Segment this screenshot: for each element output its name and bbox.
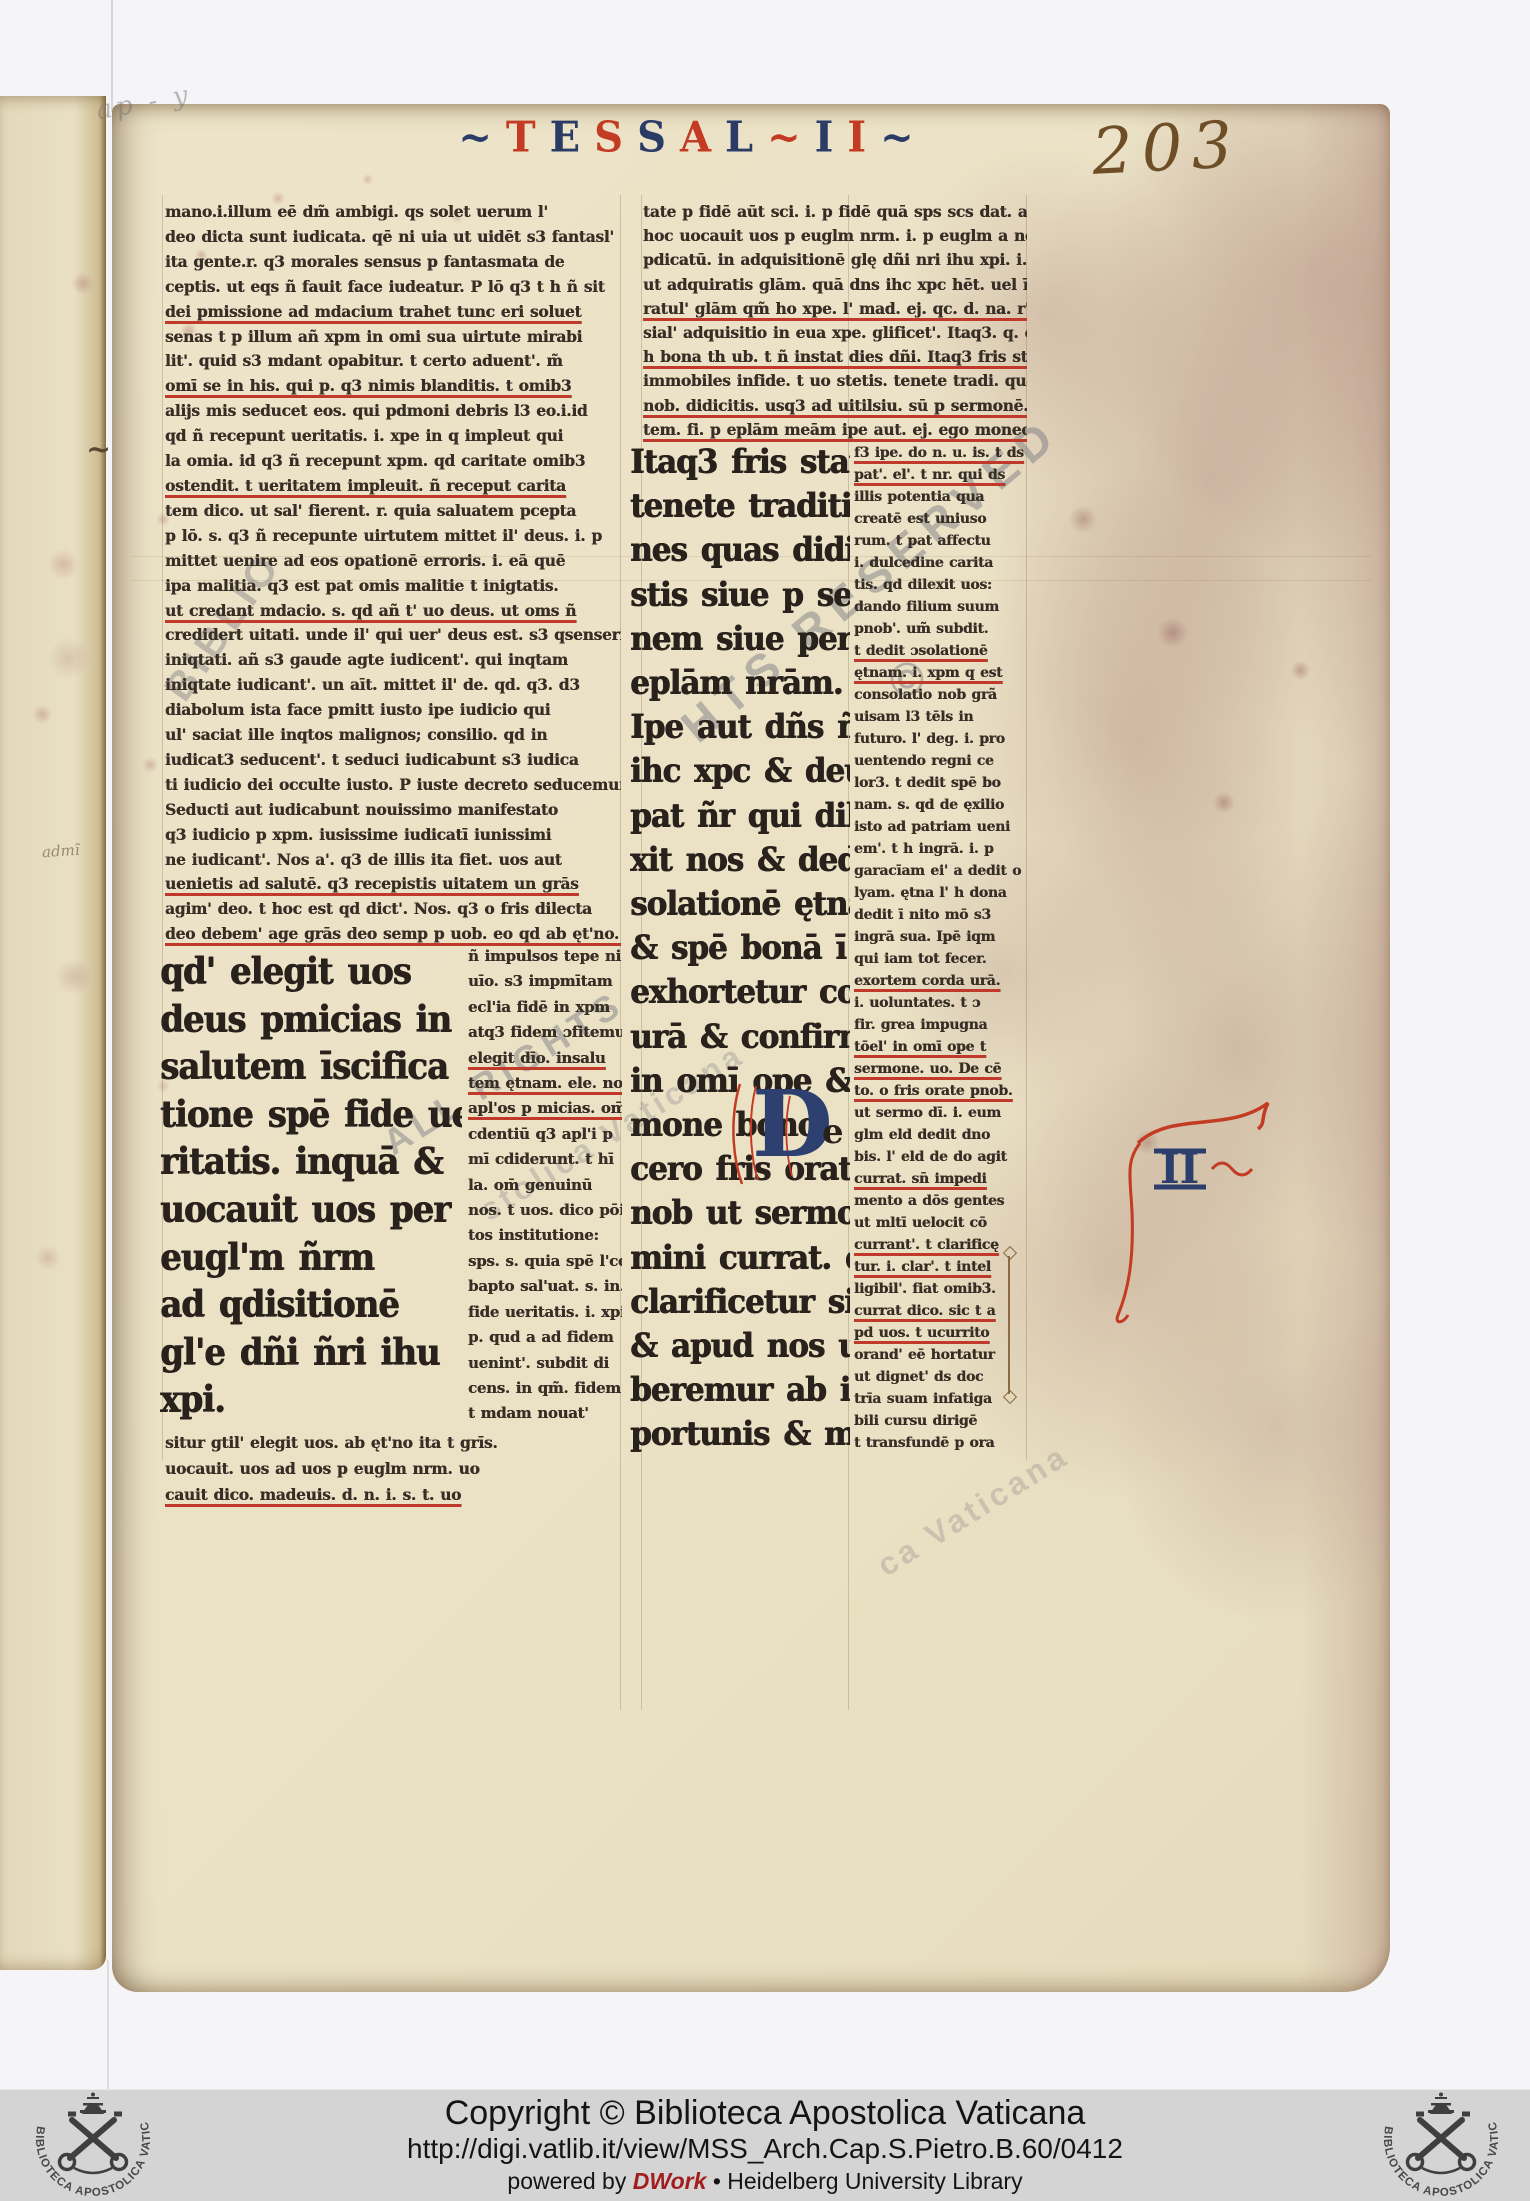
- text-line: mī cdiderunt. t hī: [468, 1147, 622, 1172]
- text-line: uenietis ad salutē. q3 recepistis uitate…: [165, 872, 621, 897]
- text-line: tate p fidē aūt sci. i. p fidē quā sps s…: [643, 200, 1027, 224]
- text-line: f3 ipe. do n. u. is. t ds: [854, 442, 1032, 464]
- running-title-letter: A: [680, 113, 713, 162]
- gutter-line-bottom: [107, 1960, 109, 2090]
- text-line: mittet uenire ad eos opationē erroris. i…: [165, 549, 621, 574]
- footer-copyright: Copyright © Biblioteca Apostolica Vatica…: [185, 2094, 1345, 2132]
- text-line: ut dignet' ds doc: [854, 1366, 1032, 1388]
- text-line: solationē ętnam: [630, 881, 850, 928]
- running-title-letter: I: [815, 113, 836, 162]
- text-line: uocauit uos per: [160, 1186, 462, 1236]
- text-line: dando filium suum: [854, 596, 1032, 618]
- text-line: lor3. t dedit spē bo: [854, 772, 1032, 794]
- gloss-block-right-column: f3 ipe. do n. u. is. t dspat'. el'. t nr…: [854, 442, 1032, 1458]
- text-line: exortem corda urā.: [854, 970, 1032, 992]
- text-line: xpi.: [160, 1376, 462, 1426]
- text-line: ętnam. i. xpm q est: [854, 662, 1032, 684]
- text-line: qd ñ recepunt ueritatis. i. xpe in q imp…: [165, 424, 621, 449]
- running-title-letter: L: [725, 113, 755, 162]
- text-line: iudicat3 seducent'. t seduci iudicabunt …: [165, 748, 621, 773]
- vatican-library-logo-right: BIBLIOTECA APOSTOLICA VATICANA: [1356, 2092, 1526, 2201]
- text-line: & spē bonā ī grā: [630, 925, 850, 972]
- viewer-footer: BIBLIOTECA APOSTOLICA VATICANA: [0, 2089, 1530, 2201]
- text-line: p. qud a ad fidem: [468, 1325, 622, 1350]
- text-line: currat dico. sic t a: [854, 1300, 1032, 1322]
- text-line: uīo. s3 impmītam: [468, 969, 622, 994]
- text-line: rum. t pat affectu: [854, 530, 1032, 552]
- text-line: qui iam tot fecer.: [854, 948, 1032, 970]
- bible-text-middle-column: Itaq3 fris state &tenete traditiones qua…: [630, 440, 850, 1462]
- text-line: ñ impulsos tepe ni: [468, 944, 622, 969]
- text-line: ligibil'. fiat omib3.: [854, 1278, 1032, 1300]
- text-line: currat. sn̄ impedi: [854, 1168, 1032, 1190]
- text-line: la omia. id q3 ñ recepunt xpm. qd carita…: [165, 449, 621, 474]
- text-line: uocauit. uos ad uos p euglm nrm. uo: [165, 1456, 730, 1482]
- text-line: elegit dīo. insalu: [468, 1046, 622, 1071]
- vatican-library-logo-left: BIBLIOTECA APOSTOLICA VATICANA: [8, 2092, 178, 2201]
- text-line: ne iudicant'. Nos a'. q3 de illis ita fi…: [165, 848, 621, 873]
- text-line: nam. s. qd de ęxilio: [854, 794, 1032, 816]
- text-line: ut adquiratis glām. quā dns ihc xpc hēt.…: [643, 273, 1027, 297]
- text-line: uentendo regni ce: [854, 750, 1032, 772]
- text-line: nes quas didici: [630, 527, 850, 574]
- margin-tilde-mark: ~: [86, 432, 109, 467]
- text-line: tem ętnam. ele. nos.: [468, 1071, 622, 1096]
- chapter-mark-paraph: II: [1110, 1089, 1290, 1343]
- text-line: exhortetur corda: [630, 969, 850, 1016]
- text-line: isto ad patriam ueni: [854, 816, 1032, 838]
- text-line: ritatis. inquā &: [160, 1138, 462, 1188]
- text-line: & apud nos ut li: [630, 1323, 850, 1370]
- text-line: bapto sal'uat. s. in.: [468, 1274, 622, 1299]
- running-title-letter: ~: [880, 113, 916, 162]
- text-line: sermone. uo. De cē: [854, 1058, 1032, 1080]
- text-line: alijs mis seducet eos. qui pdmoni debris…: [165, 399, 621, 424]
- text-line: la. om̄ genuinū: [468, 1173, 622, 1198]
- text-line: t mdam nouat': [468, 1401, 622, 1426]
- text-line: ihc xpc & deus &: [630, 748, 850, 795]
- text-line: p lō. s. q3 ñ recepunte uirtutem mittet …: [165, 524, 621, 549]
- text-line: ad qdisitionē: [160, 1281, 462, 1331]
- text-line: pdicatū. in adquisitionē glę dñi nri ihu…: [643, 248, 1027, 272]
- initial-letter: D: [752, 1070, 832, 1178]
- text-line: nob ut sermo do: [630, 1190, 850, 1237]
- initial-following-letter: e: [822, 1112, 844, 1152]
- text-line: tis. qd dilexit uos:: [854, 574, 1032, 596]
- text-line: fide ueritatis. i. xpi: [468, 1300, 622, 1325]
- text-line: pd uos. t ucurrito: [854, 1322, 1032, 1344]
- pencil-annotation: ap - y: [94, 80, 194, 126]
- text-line: ipa malitia. q3 est pat omis malitie t i…: [165, 574, 621, 599]
- text-line: ceptis. ut eqs ñ fauit face iudeatur. P …: [165, 275, 621, 300]
- text-line: tōel' in omī ope t: [854, 1036, 1032, 1058]
- text-line: uisam l3 tēls in: [854, 706, 1032, 728]
- text-line: to. o fris orate pnob.: [854, 1080, 1032, 1102]
- text-line: Ipe aut dñs ñr: [630, 704, 850, 751]
- gloss-block-top-left: mano.i.illum eē dm̃ ambigi. qs solet uer…: [165, 200, 621, 952]
- text-line: mano.i.illum eē dm̃ ambigi. qs solet uer…: [165, 200, 621, 225]
- text-line: ecl'ia fidē in xpm: [468, 995, 622, 1020]
- bible-text-left-column: qd' elegit uosdeus pmicias insalutem īsc…: [160, 949, 462, 1429]
- running-title-letter: T: [506, 113, 538, 162]
- text-line: glm eld dedit dno: [854, 1124, 1032, 1146]
- text-line: clarificetur sicut: [630, 1279, 850, 1326]
- text-line: nob. didicitis. usq3 ad uitilsiu. sū p s…: [643, 394, 1027, 418]
- text-line: eugl'm ñrm: [160, 1233, 462, 1283]
- folio-number: 203: [1090, 108, 1243, 190]
- text-line: ratul' glām qm̃ ho xpe. l' mad. ej. qc. …: [643, 297, 1027, 321]
- text-line: iniqtati. añ s3 gaude agte iudicent'. qu…: [165, 648, 621, 673]
- text-line: nem siue per: [630, 615, 850, 662]
- text-line: pnob'. um̃ subdit.: [854, 618, 1032, 640]
- footer-text: Copyright © Biblioteca Apostolica Vatica…: [185, 2094, 1345, 2196]
- crossed-keys-icon: [1408, 2114, 1475, 2173]
- powered-suffix: Heidelberg University Library: [727, 2168, 1022, 2194]
- text-line: deus pmicias in: [160, 995, 462, 1045]
- text-line: eplām nrām.: [630, 660, 850, 707]
- text-line: ingrā sua. Ipē iqm: [854, 926, 1032, 948]
- text-line: ostendit. t ueritatem impleuit. ñ recepu…: [165, 474, 621, 499]
- chapter-number: II: [1160, 1144, 1199, 1193]
- text-line: tur. i. clar'. t intel: [854, 1256, 1032, 1278]
- text-line: ut credant mdacio. s. qd añ t' uo deus. …: [165, 599, 621, 624]
- text-line: apl'os p micias. om̄: [468, 1096, 622, 1121]
- text-line: bis. l' eld de do agit: [854, 1146, 1032, 1168]
- text-line: dei pmissione ad mdacium trahet tunc eri…: [165, 300, 621, 325]
- text-line: ul' saciat ille inqtos malignos; consili…: [165, 723, 621, 748]
- text-line: nos. t uos. dico pōi: [468, 1198, 622, 1223]
- text-line: agim' deo. t hoc est qd dict'. Nos. q3 o…: [165, 897, 621, 922]
- watermark-vaticana-bottom: ca Vaticana: [871, 1437, 1076, 1584]
- text-line: i. dulcedine carita: [854, 552, 1032, 574]
- text-line: q3 iudicio p xpm. iusissime iudicatī iun…: [165, 823, 621, 848]
- dwork-brand: DWork: [633, 2168, 707, 2194]
- text-line: tenete traditio: [630, 483, 850, 530]
- text-line: hoc uocauit uos p euglm nrm. i. p euglm …: [643, 224, 1027, 248]
- text-line: urā & confirmet: [630, 1013, 850, 1060]
- running-title-letter: S: [637, 113, 668, 162]
- text-line: illis potentia qua: [854, 486, 1032, 508]
- text-line: mento a dōs gentes: [854, 1190, 1032, 1212]
- text-line: tem dico. ut sal' fierent. r. quia salua…: [165, 499, 621, 524]
- text-line: consolatio nob grã: [854, 684, 1032, 706]
- running-title-letter: S: [594, 113, 625, 162]
- text-line: uenint'. subdit di: [468, 1351, 622, 1376]
- text-line: fir. grea impugna: [854, 1014, 1032, 1036]
- text-line: senas t p illum añ xpm in omi sua uirtut…: [165, 325, 621, 350]
- text-line: iniqtate iudicant'. un aīt. mittet il' d…: [165, 673, 621, 698]
- manuscript-page: HTS RESERVED © BIBLIO ALL RIGHTS stolica…: [112, 104, 1390, 1992]
- text-line: tos institutione:: [468, 1223, 622, 1248]
- powered-separator: •: [706, 2168, 727, 2194]
- text-line: lit'. quid s3 mdant opabitur. t certo ad…: [165, 349, 621, 374]
- powered-prefix: powered by: [507, 2168, 632, 2194]
- gloss-block-middle-column: ñ impulsos tepe niuīo. s3 impmītamecl'ia…: [468, 944, 622, 1430]
- text-line: pat'. el'. t nr. qui ds: [854, 464, 1032, 486]
- text-line: dedit ī nito mō s3: [854, 904, 1032, 926]
- text-line: pat ñr qui dile: [630, 792, 850, 839]
- gloss-block-top-right: tate p fidē aūt sci. i. p fidē quā sps s…: [643, 200, 1027, 446]
- text-line: ut sermo dī. i. eum: [854, 1102, 1032, 1124]
- running-title-letter: E: [550, 113, 583, 162]
- text-line: situr gtil' elegit uos. ab ęt'no ita t g…: [165, 1430, 730, 1456]
- footer-url: http://digi.vatlib.it/view/MSS_Arch.Cap.…: [185, 2132, 1345, 2166]
- running-title-letter: ~: [458, 113, 494, 162]
- text-line: omī se in his. qui p. q3 nimis blanditis…: [165, 374, 621, 399]
- text-line: mini currat. et: [630, 1234, 850, 1281]
- text-line: i. uoluntates. t ɔ: [854, 992, 1032, 1014]
- text-line: em'. t h ingrā. i. p: [854, 838, 1032, 860]
- text-line: t dedit ɔsolationē: [854, 640, 1032, 662]
- margin-annotation: admĩ: [41, 841, 80, 862]
- text-line: sial' adquisitio in eua xpe. glificet'. …: [643, 321, 1027, 345]
- gloss-block-bottom: situr gtil' elegit uos. ab ęt'no ita t g…: [165, 1430, 730, 1510]
- text-line: cens. in qm̃. fidem: [468, 1376, 622, 1401]
- text-line: immobiles infide. t uo stetis. tenete tr…: [643, 369, 1027, 393]
- papal-tiara-icon: [1428, 2093, 1454, 2115]
- text-line: tem. fi. p eplām meām ipe aut. ej. ego m…: [643, 418, 1027, 442]
- text-line: beremur ab in: [630, 1367, 850, 1414]
- text-line: ita gente.r. q3 morales sensus p fantasm…: [165, 250, 621, 275]
- text-line: bili cursu dirigē: [854, 1410, 1032, 1432]
- illuminated-initial-D: D e: [726, 1076, 846, 1194]
- footer-powered-by: powered by DWork • Heidelberg University…: [185, 2166, 1345, 2196]
- text-line: cdentiū q3 apl'i p: [468, 1122, 622, 1147]
- text-line: futuro. l' deg. i. pro: [854, 728, 1032, 750]
- text-line: ti iudicio dei occulte iusto. P iuste de…: [165, 773, 621, 798]
- text-line: orand' eē hortatur: [854, 1344, 1032, 1366]
- text-line: tione spē fide ue: [160, 1090, 462, 1140]
- text-line: diabolum ista face pmitt iusto ipe iudic…: [165, 698, 621, 723]
- text-line: h bona th ub. t ñ instat dies dñi. Itaq3…: [643, 345, 1027, 369]
- text-line: atq3 fidem ɔfitemur.: [468, 1020, 622, 1045]
- text-line: qd' elegit uos: [160, 949, 462, 998]
- text-line: Itaq3 fris state &: [630, 440, 850, 486]
- margin-stitch-mark: [1008, 1256, 1010, 1394]
- manuscript-viewer: HTS RESERVED © BIBLIO ALL RIGHTS stolica…: [0, 0, 1530, 2201]
- running-title-letter: ~: [767, 113, 803, 162]
- text-line: garacīam ei' a dedit o: [854, 860, 1032, 882]
- crossed-keys-icon: [60, 2114, 127, 2173]
- text-line: deo dicta sunt iudicata. qē ni uia ut ui…: [165, 225, 621, 250]
- running-title: ~TESSAL~II~: [452, 114, 922, 161]
- text-line: salutem īscifica: [160, 1043, 462, 1093]
- text-line: credidert uitati. unde il' qui uer' deus…: [165, 623, 621, 648]
- text-line: xit nos & dedit ɔ: [630, 837, 850, 884]
- text-line: Seducti aut iudicabunt nouissimo manifes…: [165, 798, 621, 823]
- text-line: gl'e dñi ñri ihu: [160, 1328, 462, 1378]
- text-line: cauit dico. madeuis. d. n. i. s. t. uo: [165, 1482, 730, 1508]
- running-title-letter: I: [847, 113, 868, 162]
- text-line: sps. s. quia spē l'ce. t: [468, 1249, 622, 1274]
- text-line: lyam. ętna l' h dona: [854, 882, 1032, 904]
- text-line: t transfundē p ora: [854, 1432, 1032, 1454]
- papal-tiara-icon: [80, 2093, 106, 2115]
- text-line: stis siue p sermo: [630, 571, 850, 618]
- text-line: ut mltī uelocit cō: [854, 1212, 1032, 1234]
- text-line: creatē est uniuso: [854, 508, 1032, 530]
- facing-page-edge: [0, 96, 106, 1970]
